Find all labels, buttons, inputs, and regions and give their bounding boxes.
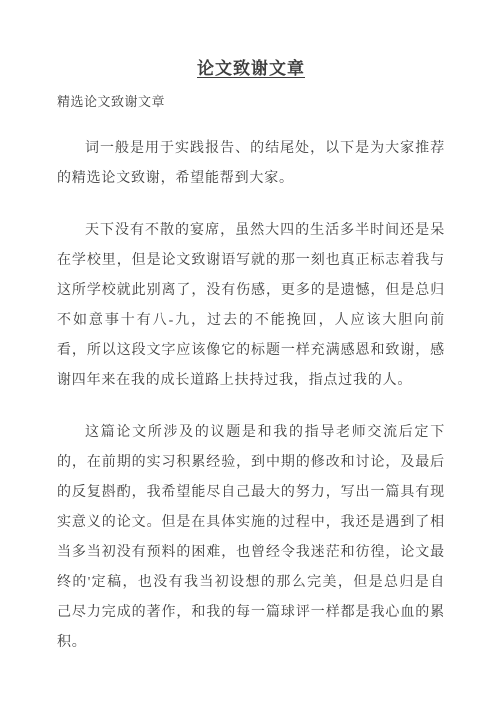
page-title: 论文致谢文章: [57, 58, 445, 80]
document-page: 论文致谢文章 精选论文致谢文章 词一般是用于实践报告、的结尾处，以下是为大家推荐…: [0, 0, 500, 708]
paragraph-body-1: 天下没有不散的宴席，虽然大四的生活多半时间还是呆在学校里，但是论文致谢语写就的那…: [57, 216, 445, 396]
doc-subtitle: 精选论文致谢文章: [57, 93, 445, 110]
page-title-text: 论文致谢文章: [197, 59, 305, 78]
paragraph-intro: 词一般是用于实践报告、的结尾处，以下是为大家推荐的精选论文致谢，希望能帮到大家。: [57, 134, 445, 194]
paragraph-body-2: 这篇论文所涉及的议题是和我的指导老师交流后定下的，在前期的实习积累经验，到中期的…: [57, 418, 445, 658]
